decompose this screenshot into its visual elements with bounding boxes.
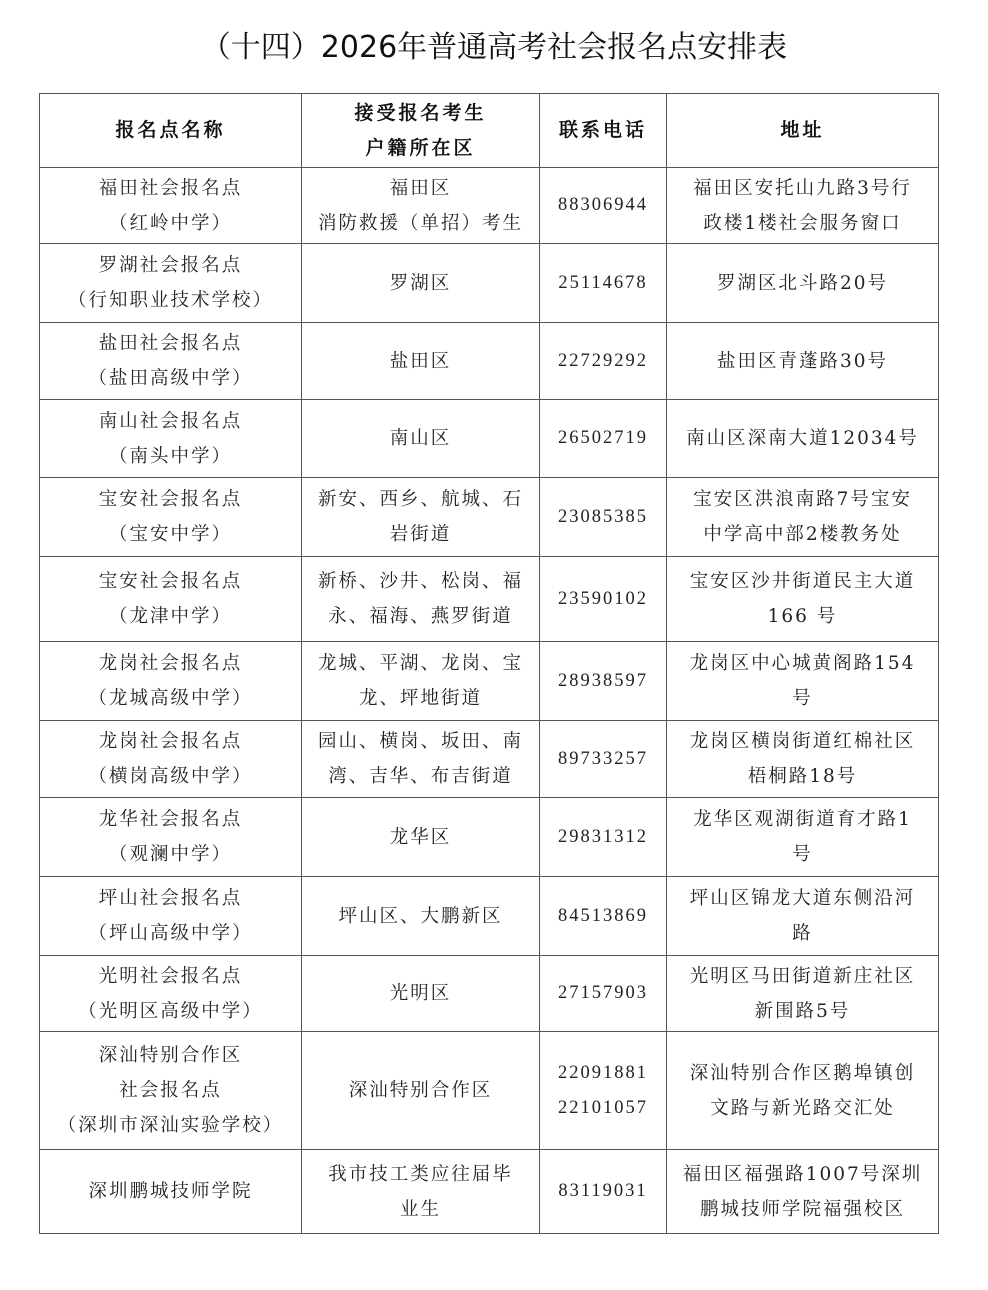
cell-site-name-line: （红岭中学） [46, 206, 295, 241]
cell-accepted-district-line: 龙城、平湖、龙岗、宝 [308, 646, 533, 681]
cell-accepted-district-line: 新桥、沙井、松岗、福 [308, 564, 533, 599]
cell-address-line: 盐田区青蓬路30号 [673, 344, 932, 379]
cell-site-name-line: 坪山社会报名点 [46, 881, 295, 916]
cell-site-name-line: 龙华社会报名点 [46, 802, 295, 837]
cell-site-name-line: （南头中学） [46, 439, 295, 474]
cell-site-name-line: （观澜中学） [46, 837, 295, 872]
cell-accepted-district-line: 深汕特别合作区 [308, 1073, 533, 1108]
cell-site-name-line: 龙岗社会报名点 [46, 646, 295, 681]
cell-address-line: 号 [673, 681, 932, 716]
cell-phone: 2209188122101057 [540, 1032, 667, 1150]
cell-site-name: 光明社会报名点（光明区高级中学） [40, 956, 302, 1032]
table-row: 坪山社会报名点（坪山高级中学）坪山区、大鹏新区84513869坪山区锦龙大道东侧… [40, 877, 939, 956]
cell-accepted-district: 龙城、平湖、龙岗、宝龙、坪地街道 [302, 642, 540, 721]
cell-accepted-district-line: 光明区 [308, 976, 533, 1011]
registration-schedule-table: 报名点名称 接受报名考生 户籍所在区 联系电话 地址 福田社会报名点（红岭中学）… [39, 93, 939, 1234]
cell-address-line: 梧桐路18号 [673, 759, 932, 794]
header-site-name: 报名点名称 [40, 94, 302, 168]
cell-address: 宝安区洪浪南路7号宝安中学高中部2楼教务处 [667, 478, 939, 557]
cell-phone: 27157903 [540, 956, 667, 1032]
cell-accepted-district-line: 坪山区、大鹏新区 [308, 899, 533, 934]
cell-accepted-district-line: 龙华区 [308, 820, 533, 855]
cell-phone: 23590102 [540, 557, 667, 642]
table-row: 深汕特别合作区社会报名点（深圳市深汕实验学校）深汕特别合作区2209188122… [40, 1032, 939, 1150]
cell-site-name-line: （行知职业技术学校） [46, 283, 295, 318]
header-accepted-district-line1: 接受报名考生 [308, 96, 533, 131]
cell-accepted-district-line: 龙、坪地街道 [308, 681, 533, 716]
cell-site-name-line: 宝安社会报名点 [46, 482, 295, 517]
cell-phone: 23085385 [540, 478, 667, 557]
cell-accepted-district: 光明区 [302, 956, 540, 1032]
cell-accepted-district: 龙华区 [302, 798, 540, 877]
table-row: 宝安社会报名点（龙津中学）新桥、沙井、松岗、福永、福海、燕罗街道23590102… [40, 557, 939, 642]
cell-accepted-district-line: 业生 [308, 1192, 533, 1227]
cell-address: 龙岗区中心城黄阁路154号 [667, 642, 939, 721]
cell-site-name-line: （光明区高级中学） [46, 994, 295, 1029]
cell-address-line: 文路与新光路交汇处 [673, 1091, 932, 1126]
cell-accepted-district-line: 消防救援（单招）考生 [308, 206, 533, 241]
cell-phone-line: 89733257 [546, 742, 660, 777]
table-body: 福田社会报名点（红岭中学）福田区消防救援（单招）考生88306944福田区安托山… [40, 168, 939, 1234]
cell-address-line: 鹏城技师学院福强校区 [673, 1192, 932, 1227]
cell-site-name-line: （横岗高级中学） [46, 759, 295, 794]
cell-phone-line: 26502719 [546, 421, 660, 456]
cell-site-name: 坪山社会报名点（坪山高级中学） [40, 877, 302, 956]
cell-site-name-line: （深圳市深汕实验学校） [46, 1108, 295, 1143]
cell-phone-line: 27157903 [546, 976, 660, 1011]
cell-phone: 83119031 [540, 1150, 667, 1234]
cell-accepted-district-line: 南山区 [308, 421, 533, 456]
cell-site-name: 罗湖社会报名点（行知职业技术学校） [40, 244, 302, 323]
cell-address: 龙岗区横岗街道红棉社区梧桐路18号 [667, 721, 939, 798]
cell-site-name-line: （坪山高级中学） [46, 916, 295, 951]
cell-phone-line: 88306944 [546, 188, 660, 223]
cell-phone-line: 22101057 [546, 1091, 660, 1126]
cell-site-name: 盐田社会报名点（盐田高级中学） [40, 323, 302, 400]
cell-site-name-line: 罗湖社会报名点 [46, 248, 295, 283]
cell-site-name-line: （盐田高级中学） [46, 361, 295, 396]
cell-site-name-line: （宝安中学） [46, 517, 295, 552]
cell-address: 罗湖区北斗路20号 [667, 244, 939, 323]
cell-accepted-district: 新桥、沙井、松岗、福永、福海、燕罗街道 [302, 557, 540, 642]
table-row: 光明社会报名点（光明区高级中学）光明区27157903光明区马田街道新庄社区新围… [40, 956, 939, 1032]
cell-address-line: 光明区马田街道新庄社区 [673, 959, 932, 994]
cell-address: 宝安区沙井街道民主大道166 号 [667, 557, 939, 642]
cell-accepted-district-line: 园山、横岗、坂田、南 [308, 724, 533, 759]
cell-address: 坪山区锦龙大道东侧沿河路号 [667, 877, 939, 956]
table-row: 南山社会报名点（南头中学）南山区26502719南山区深南大道12034号 [40, 400, 939, 478]
cell-accepted-district-line: 罗湖区 [308, 266, 533, 301]
cell-address-line: 罗湖区北斗路20号 [673, 266, 932, 301]
table-row: 龙华社会报名点（观澜中学）龙华区29831312龙华区观湖街道育才路1号 [40, 798, 939, 877]
cell-address-line: 福田区福强路1007号深圳 [673, 1157, 932, 1192]
cell-site-name: 福田社会报名点（红岭中学） [40, 168, 302, 244]
cell-address-line: 路 [673, 916, 932, 951]
cell-site-name-line: 宝安社会报名点 [46, 564, 295, 599]
cell-address: 光明区马田街道新庄社区新围路5号 [667, 956, 939, 1032]
cell-phone-line: 22091881 [546, 1056, 660, 1091]
table-header-row: 报名点名称 接受报名考生 户籍所在区 联系电话 地址 [40, 94, 939, 168]
cell-site-name-line: 福田社会报名点 [46, 171, 295, 206]
cell-site-name: 龙岗社会报名点（横岗高级中学） [40, 721, 302, 798]
cell-address-line: 龙华区观湖街道育才路1 [673, 802, 932, 837]
cell-address-line: 号 [673, 837, 932, 872]
cell-phone-line: 84513869 [546, 899, 660, 934]
cell-site-name-line: （龙城高级中学） [46, 681, 295, 716]
cell-address: 深汕特别合作区鹅埠镇创文路与新光路交汇处 [667, 1032, 939, 1150]
cell-accepted-district: 福田区消防救援（单招）考生 [302, 168, 540, 244]
cell-phone: 26502719 [540, 400, 667, 478]
cell-site-name-line: 龙岗社会报名点 [46, 724, 295, 759]
cell-site-name: 龙岗社会报名点（龙城高级中学） [40, 642, 302, 721]
cell-phone-line: 29831312 [546, 820, 660, 855]
cell-phone: 29831312 [540, 798, 667, 877]
cell-phone-line: 28938597 [546, 664, 660, 699]
cell-accepted-district-line: 永、福海、燕罗街道 [308, 599, 533, 634]
cell-accepted-district-line: 岩街道 [308, 517, 533, 552]
cell-site-name-line: （龙津中学） [46, 599, 295, 634]
page-title: （十四）2026年普通高考社会报名点安排表 [0, 26, 988, 70]
cell-address: 福田区福强路1007号深圳鹏城技师学院福强校区 [667, 1150, 939, 1234]
cell-address-line: 坪山区锦龙大道东侧沿河 [673, 881, 932, 916]
cell-address: 盐田区青蓬路30号 [667, 323, 939, 400]
cell-phone-line: 25114678 [546, 266, 660, 301]
cell-site-name: 宝安社会报名点（龙津中学） [40, 557, 302, 642]
cell-address-line: 中学高中部2楼教务处 [673, 517, 932, 552]
cell-address-line: 福田区安托山九路3号行 [673, 171, 932, 206]
cell-accepted-district: 坪山区、大鹏新区 [302, 877, 540, 956]
header-accepted-district: 接受报名考生 户籍所在区 [302, 94, 540, 168]
cell-accepted-district: 罗湖区 [302, 244, 540, 323]
cell-phone-line: 23085385 [546, 500, 660, 535]
cell-accepted-district: 深汕特别合作区 [302, 1032, 540, 1150]
cell-phone-line: 83119031 [546, 1174, 660, 1209]
table-row: 盐田社会报名点（盐田高级中学）盐田区22729292盐田区青蓬路30号 [40, 323, 939, 400]
cell-address-line: 166 号 [673, 599, 932, 634]
cell-phone: 22729292 [540, 323, 667, 400]
cell-address-line: 宝安区沙井街道民主大道 [673, 564, 932, 599]
cell-address-line: 南山区深南大道12034号 [673, 421, 932, 456]
cell-site-name: 龙华社会报名点（观澜中学） [40, 798, 302, 877]
cell-phone-line: 23590102 [546, 582, 660, 617]
cell-site-name-line: 光明社会报名点 [46, 959, 295, 994]
cell-address-line: 龙岗区横岗街道红棉社区 [673, 724, 932, 759]
cell-accepted-district: 新安、西乡、航城、石岩街道 [302, 478, 540, 557]
cell-accepted-district-line: 我市技工类应往届毕 [308, 1157, 533, 1192]
header-address: 地址 [667, 94, 939, 168]
cell-phone-line: 22729292 [546, 344, 660, 379]
table-row: 福田社会报名点（红岭中学）福田区消防救援（单招）考生88306944福田区安托山… [40, 168, 939, 244]
header-phone: 联系电话 [540, 94, 667, 168]
cell-address-line: 新围路5号 [673, 994, 932, 1029]
cell-accepted-district: 南山区 [302, 400, 540, 478]
cell-phone: 88306944 [540, 168, 667, 244]
cell-site-name: 宝安社会报名点（宝安中学） [40, 478, 302, 557]
cell-site-name: 南山社会报名点（南头中学） [40, 400, 302, 478]
cell-address-line: 政楼1楼社会服务窗口 [673, 206, 932, 241]
cell-accepted-district: 我市技工类应往届毕业生 [302, 1150, 540, 1234]
cell-address: 龙华区观湖街道育才路1号 [667, 798, 939, 877]
cell-site-name: 深汕特别合作区社会报名点（深圳市深汕实验学校） [40, 1032, 302, 1150]
cell-address-line: 宝安区洪浪南路7号宝安 [673, 482, 932, 517]
table-row: 龙岗社会报名点（横岗高级中学）园山、横岗、坂田、南湾、吉华、布吉街道897332… [40, 721, 939, 798]
cell-accepted-district: 盐田区 [302, 323, 540, 400]
cell-address-clip: 坪山区锦龙大道东侧沿河路号 [673, 881, 932, 951]
cell-site-name-line: 南山社会报名点 [46, 404, 295, 439]
table-row: 深圳鹏城技师学院我市技工类应往届毕业生83119031福田区福强路1007号深圳… [40, 1150, 939, 1234]
cell-phone: 25114678 [540, 244, 667, 323]
cell-address-line: 龙岗区中心城黄阁路154 [673, 646, 932, 681]
table-row: 宝安社会报名点（宝安中学）新安、西乡、航城、石岩街道23085385宝安区洪浪南… [40, 478, 939, 557]
cell-site-name-line: 社会报名点 [46, 1073, 295, 1108]
cell-accepted-district-line: 盐田区 [308, 344, 533, 379]
cell-address: 福田区安托山九路3号行政楼1楼社会服务窗口 [667, 168, 939, 244]
cell-accepted-district-line: 湾、吉华、布吉街道 [308, 759, 533, 794]
cell-site-name: 深圳鹏城技师学院 [40, 1150, 302, 1234]
table-row: 罗湖社会报名点（行知职业技术学校）罗湖区25114678罗湖区北斗路20号 [40, 244, 939, 323]
cell-phone: 84513869 [540, 877, 667, 956]
cell-accepted-district: 园山、横岗、坂田、南湾、吉华、布吉街道 [302, 721, 540, 798]
cell-phone: 28938597 [540, 642, 667, 721]
cell-site-name-line: 盐田社会报名点 [46, 326, 295, 361]
cell-phone: 89733257 [540, 721, 667, 798]
cell-address: 南山区深南大道12034号 [667, 400, 939, 478]
cell-accepted-district-line: 新安、西乡、航城、石 [308, 482, 533, 517]
cell-address-line: 深汕特别合作区鹅埠镇创 [673, 1056, 932, 1091]
cell-accepted-district-line: 福田区 [308, 171, 533, 206]
table-row: 龙岗社会报名点（龙城高级中学）龙城、平湖、龙岗、宝龙、坪地街道28938597龙… [40, 642, 939, 721]
cell-site-name-line: 深汕特别合作区 [46, 1038, 295, 1073]
cell-site-name-line: 深圳鹏城技师学院 [46, 1174, 295, 1209]
header-accepted-district-line2: 户籍所在区 [308, 131, 533, 166]
